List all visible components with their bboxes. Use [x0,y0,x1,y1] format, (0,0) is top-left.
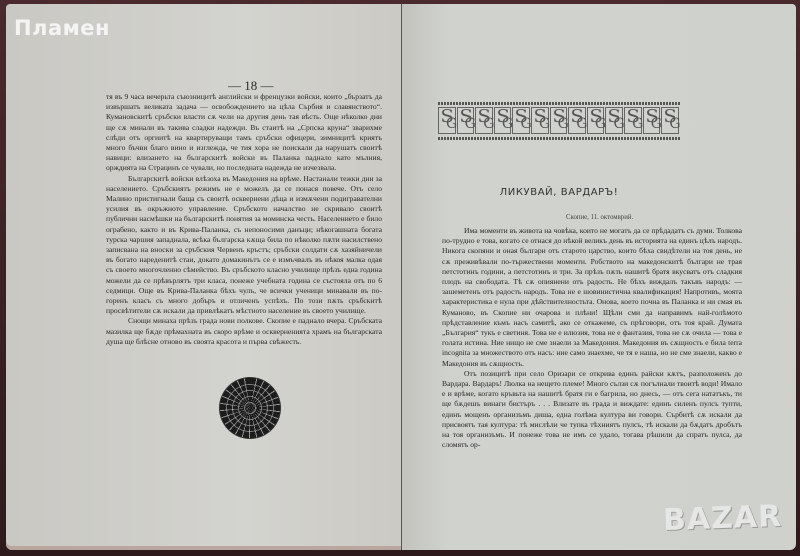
ornament-cell [457,107,475,134]
ornament-cell [661,107,679,134]
ornament-dotted-rule [438,137,680,140]
ornament-cell [605,107,623,134]
ornament-cell [438,107,456,134]
paragraph: Снощи минаха прѣзъ града нови полкове. С… [106,316,382,347]
ornament-dotted-rule [438,102,680,105]
decorative-border-ornament [438,102,680,140]
ornament-cell [494,107,512,134]
ornament-cell [550,107,568,134]
paragraph: Има моменти въ живота на човѣка, които н… [442,226,742,369]
left-page: — 18 — тя въ 9 часа вечерьта съюзницитѣ … [6,4,402,550]
paragraph: Българскитѣ войски влѣзоха въ Македония … [106,174,382,317]
spiderweb-ornament-icon [220,378,280,438]
open-book: — 18 — тя въ 9 часа вечерьта съюзницитѣ … [6,4,796,550]
ornament-cell [512,107,530,134]
paragraph: тя въ 9 часа вечерьта съюзницитѣ английс… [106,92,382,174]
ornament-cell [624,107,642,134]
seller-watermark: Пламен [14,16,110,40]
right-page-body: Има моменти въ живота на човѣка, които н… [442,226,742,450]
ornament-cell [531,107,549,134]
ornament-cell [568,107,586,134]
ornament-cells [438,107,680,134]
bazar-logo: BAZAR [662,499,782,538]
paragraph: Отъ позицитѣ при село Оризари се открива… [442,369,742,451]
right-page: ЛИКУВАЙ, ВАРДАРЪ! Скопие, 11. октомврий.… [402,4,796,550]
article-title: ЛИКУВАЙ, ВАРДАРЪ! [402,187,756,198]
ornament-cell [643,107,661,134]
ornament-cell [475,107,493,134]
dateline: Скопие, 11. октомврий. [566,214,633,221]
ornament-cell [587,107,605,134]
left-page-body: тя въ 9 часа вечерьта съюзницитѣ английс… [106,92,382,347]
